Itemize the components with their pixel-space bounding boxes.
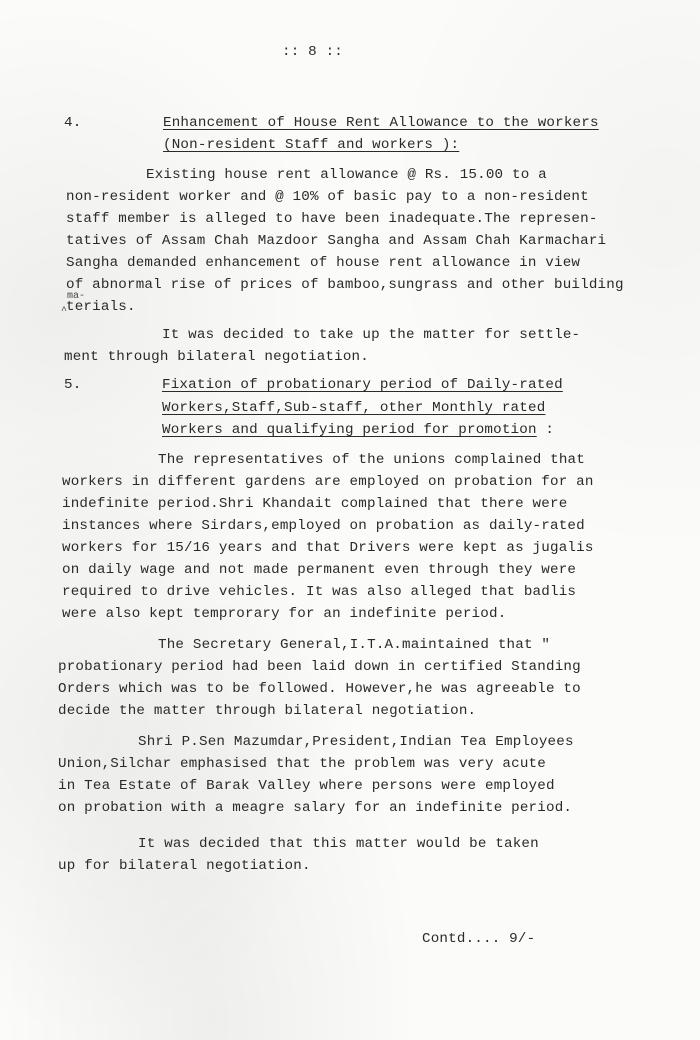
item-5-heading-line-3-text: Workers and qualifying period for promot… bbox=[162, 422, 537, 438]
item-5-para-3-line: Shri P.Sen Mazumdar,President,Indian Tea… bbox=[138, 733, 574, 751]
item-5-para-1-line: instances where Sirdars,employed on prob… bbox=[62, 517, 585, 535]
item-5-para-2-line: Orders which was to be followed. However… bbox=[58, 680, 581, 698]
item-4-para-1-line: of abnormal rise of prices of bamboo,sun… bbox=[66, 276, 624, 294]
item-5-para-2-line: probationary period had been laid down i… bbox=[58, 658, 581, 676]
item-5-para-1-line: The representatives of the unions compla… bbox=[158, 451, 585, 469]
item-5-para-1-line: workers in different gardens are employe… bbox=[62, 473, 594, 491]
item-4-para-2-line: It was decided to take up the matter for… bbox=[162, 326, 580, 344]
item-4-number: 4. bbox=[64, 114, 81, 132]
item-5-para-3-line: Union,Silchar emphasised that the proble… bbox=[58, 755, 546, 773]
item-4-heading-line-2: (Non-resident Staff and workers ): bbox=[163, 136, 459, 154]
page-number-header: :: 8 :: bbox=[282, 43, 343, 61]
document-page: :: 8 :: 4. Enhancement of House Rent All… bbox=[0, 0, 700, 1040]
item-5-para-1-line: required to drive vehicles. It was also … bbox=[62, 583, 576, 601]
item-4-para-2-line: ment through bilateral negotiation. bbox=[64, 348, 369, 366]
item-5-heading-line-1: Fixation of probationary period of Daily… bbox=[162, 376, 563, 394]
item-4-para-1-line: non-resident worker and @ 10% of basic p… bbox=[66, 188, 589, 206]
item-4-para-1-line: terials. bbox=[66, 298, 136, 316]
continuation-footer: Contd.... 9/- bbox=[422, 930, 535, 948]
item-5-para-1-line: on daily wage and not made permanent eve… bbox=[62, 561, 576, 579]
heading-suffix: : bbox=[537, 422, 554, 438]
item-4-para-1-line: Sangha demanded enhancement of house ren… bbox=[66, 254, 580, 272]
item-5-para-2-line: decide the matter through bilateral nego… bbox=[58, 702, 476, 720]
item-5-heading-line-2: Workers,Staff,Sub-staff, other Monthly r… bbox=[162, 399, 545, 417]
item-5-para-3-line: in Tea Estate of Barak Valley where pers… bbox=[58, 777, 555, 795]
item-4-para-1-line: tatives of Assam Chah Mazdoor Sangha and… bbox=[66, 232, 606, 250]
item-5-para-3-line: on probation with a meagre salary for an… bbox=[58, 799, 572, 817]
item-5-para-1-line: indefinite period.Shri Khandait complain… bbox=[62, 495, 567, 513]
item-4-heading-line-1: Enhancement of House Rent Allowance to t… bbox=[163, 114, 599, 132]
item-5-heading-line-3: Workers and qualifying period for promot… bbox=[162, 421, 554, 439]
item-5-para-1-line: were also kept temprorary for an indefin… bbox=[62, 605, 506, 623]
item-5-para-2-line: The Secretary General,I.T.A.maintained t… bbox=[158, 636, 550, 654]
item-4-para-1-line: staff member is alleged to have been ina… bbox=[66, 210, 598, 228]
item-4-para-1-line: Existing house rent allowance @ Rs. 15.0… bbox=[146, 166, 547, 184]
item-5-para-1-line: workers for 15/16 years and that Drivers… bbox=[62, 539, 594, 557]
item-5-number: 5. bbox=[64, 376, 81, 394]
item-5-para-4-line: It was decided that this matter would be… bbox=[138, 835, 539, 853]
item-5-para-4-line: up for bilateral negotiation. bbox=[58, 857, 311, 875]
